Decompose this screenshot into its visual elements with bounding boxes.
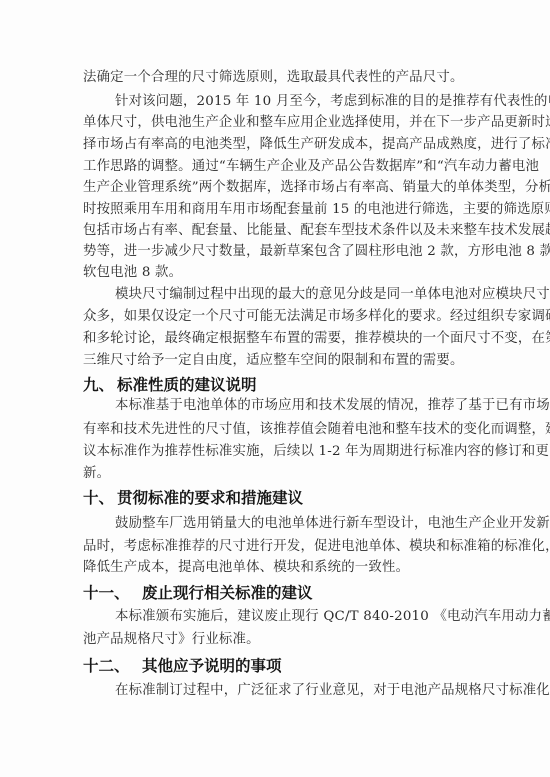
paragraph-line: 鼓励整车厂选用销量大的电池单体进行新车型设计，电池生产企业开发新产 — [115, 514, 467, 534]
paragraph-line: 择市场占有率高的电池类型，降低生产研发成本，提高产品成熟度，进行了标准 — [83, 135, 467, 155]
paragraph-line: 有率和技术先进性的尺寸值，该推荐值会随着电池和整车技术的变化而调整，建 — [83, 420, 467, 440]
paragraph-line: 软包电池 8 款。 — [83, 263, 467, 283]
section-number: 九、 — [83, 374, 114, 396]
paragraph-line: 工作思路的调整。通过“车辆生产企业及产品公告数据库”和“汽车动力蓄电池 — [83, 157, 467, 177]
section-title: 贯彻标准的要求和措施建议 — [117, 487, 303, 509]
paragraph-line: 品时，考虑标准推荐的尺寸进行开发，促进电池单体、模块和标准箱的标准化， — [83, 537, 467, 557]
section-title: 标准性质的建议说明 — [117, 374, 257, 396]
section-title: 其他应予说明的事项 — [142, 655, 282, 677]
paragraph-line: 本标准颁布实施后，建议废止现行 QC/T 840-2010 《电动汽车用动力蓄电 — [115, 607, 467, 627]
section-heading: 九、 标准性质的建议说明 — [83, 374, 463, 396]
paragraph-line: 模块尺寸编制过程中出现的最大的意见分歧是同一单体电池对应模块尺寸 — [115, 285, 467, 305]
section-number: 十、 — [83, 487, 114, 509]
paragraph-line: 议本标准作为推荐性标准实施，后续以 1-2 年为周期进行标准内容的修订和更 — [83, 442, 467, 462]
paragraph-line: 势等，进一步减少尺寸数量，最新草案包含了圆柱形电池 2 款，方形电池 8 款， — [83, 242, 467, 262]
section-number: 十二、 — [83, 655, 130, 677]
paragraph-line: 新。 — [83, 464, 467, 484]
section-heading: 十二、 其他应予说明的事项 — [83, 655, 463, 677]
paragraph-line: 三维尺寸给予一定自由度，适应整车空间的限制和布置的需要。 — [83, 351, 467, 371]
document-page: 法确定一个合理的尺寸筛选原则，选取最具代表性的产品尺寸。 针对该问题，2015 … — [0, 0, 550, 777]
paragraph-line: 池产品规格尺寸》行业标准。 — [83, 630, 467, 650]
section-number: 十一、 — [83, 582, 130, 604]
paragraph-line: 本标准基于电池单体的市场应用和技术发展的情况，推荐了基于已有市场占 — [115, 396, 467, 416]
paragraph-line: 法确定一个合理的尺寸筛选原则，选取最具代表性的产品尺寸。 — [83, 68, 467, 88]
paragraph-line: 众多，如果仅设定一个尺寸可能无法满足市场多样化的要求。经过组织专家调研 — [83, 307, 467, 327]
section-heading: 十一、 废止现行相关标准的建议 — [83, 582, 463, 604]
section-heading: 十、 贯彻标准的要求和措施建议 — [83, 487, 463, 509]
paragraph-line: 包括市场占有率、配套量、比能量、配套车型技术条件以及未来整车技术发展趋 — [83, 221, 467, 241]
paragraph-line: 单体尺寸，供电池生产企业和整车应用企业选择使用，并在下一步产品更新时选 — [83, 113, 467, 133]
paragraph-line: 降低生产成本，提高电池单体、模块和系统的一致性。 — [83, 558, 467, 578]
paragraph-line: 和多轮讨论，最终确定根据整车布置的需要，推荐模块的一个面尺寸不变，在第 — [83, 329, 467, 349]
section-title: 废止现行相关标准的建议 — [142, 582, 313, 604]
paragraph-line: 生产企业管理系统”两个数据库，选择市场占有率高、销量大的单体类型，分析 — [83, 178, 467, 198]
paragraph-line: 在标准制订过程中，广泛征求了行业意见，对于电池产品规格尺寸标准化的 — [115, 681, 467, 701]
paragraph-line: 针对该问题，2015 年 10 月至今，考虑到标准的目的是推荐有代表性的电池 — [115, 92, 467, 112]
paragraph-line: 时按照乘用车用和商用车用市场配套量前 15 的电池进行筛选，主要的筛选原则 — [83, 200, 467, 220]
